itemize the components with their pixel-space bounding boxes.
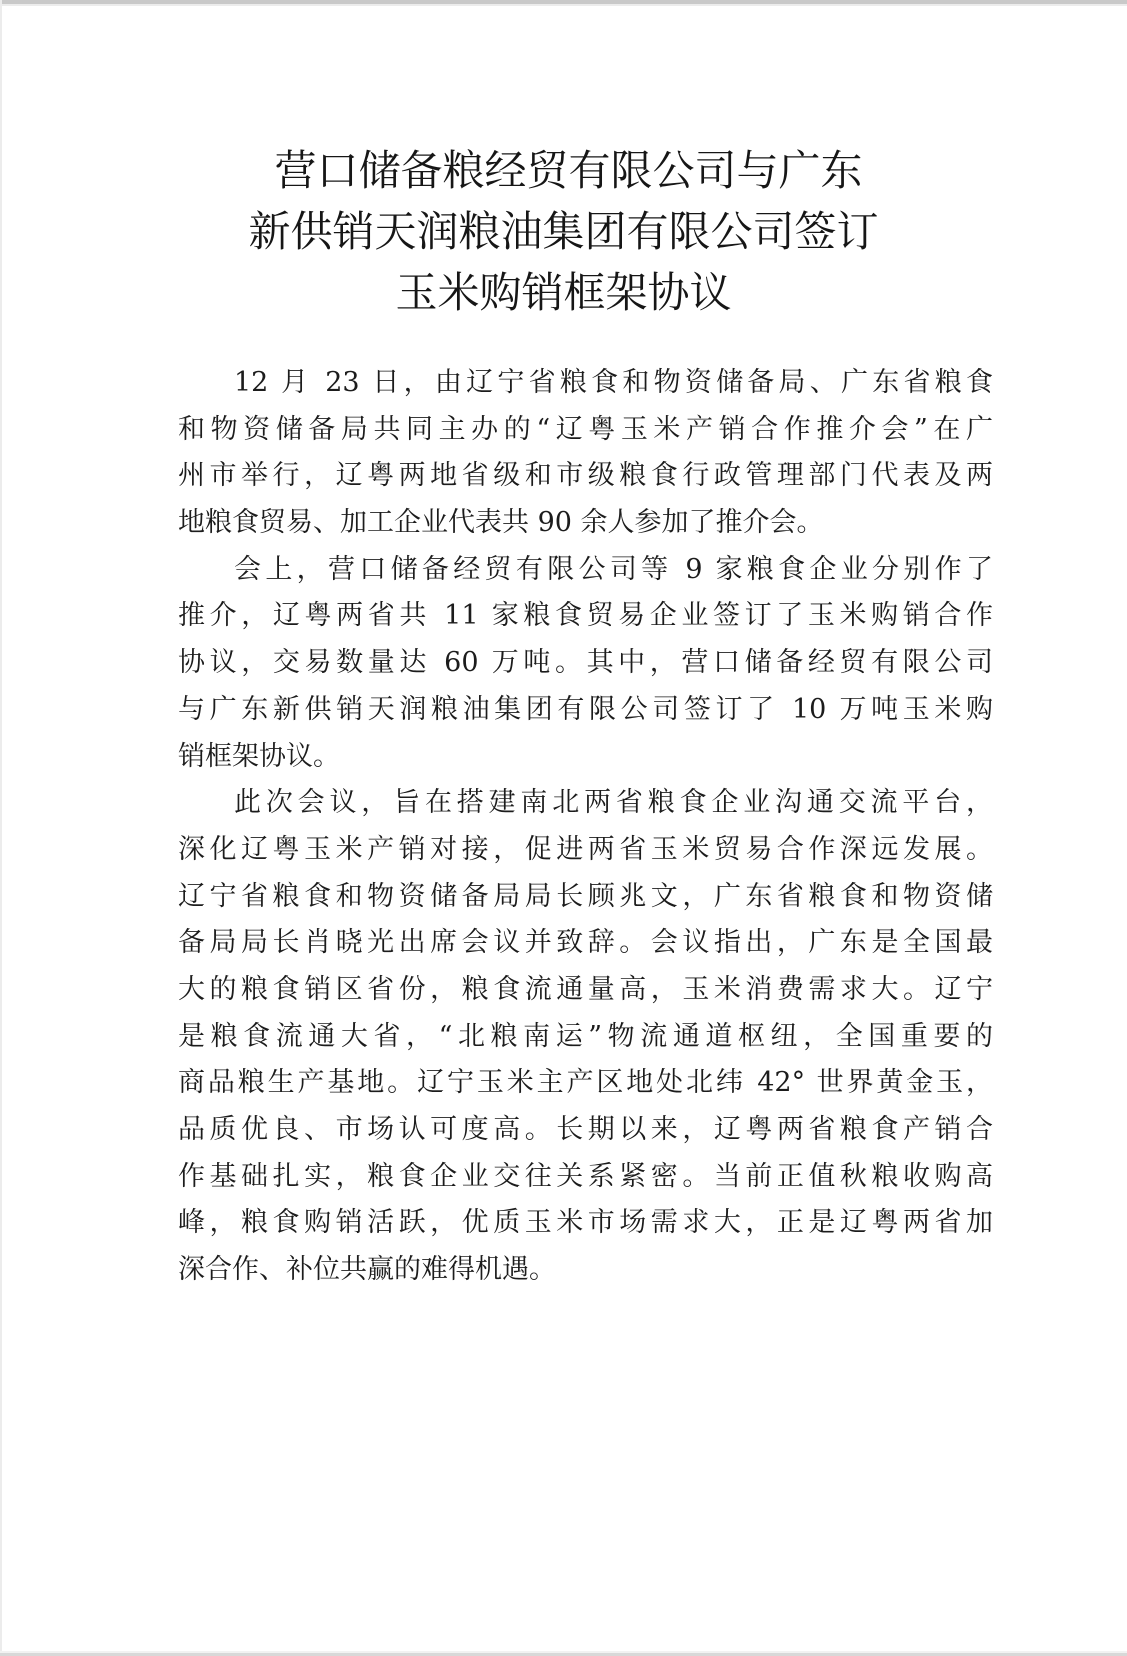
paragraph-3-line-5: 大的粮食销区省份，粮食流通量高，玉米消费需求大。辽宁 xyxy=(178,967,993,1014)
title-line-2: 新供销天润粮油集团有限公司签订 xyxy=(0,201,1127,262)
paragraph-3-line-6: 是粮食流通大省，“北粮南运”物流通道枢纽，全国重要的 xyxy=(178,1014,993,1061)
title-line-1: 营口储备粮经贸有限公司与广东 xyxy=(0,140,1127,201)
paragraph-2-line-3: 协议，交易数量达 60 万吨。其中，营口储备经贸有限公司 xyxy=(178,640,993,687)
paragraph-3-line-2: 深化辽粤玉米产销对接，促进两省玉米贸易合作深远发展。 xyxy=(178,827,993,874)
paragraph-3-line-4: 备局局长肖晓光出席会议并致辞。会议指出，广东是全国最 xyxy=(178,920,993,967)
paragraph-3-line-1: 此次会议，旨在搭建南北两省粮食企业沟通交流平台， xyxy=(178,780,993,827)
title-line-3: 玉米购销框架协议 xyxy=(0,262,1127,323)
paragraph-2-line-4: 与广东新供销天润粮油集团有限公司签订了 10 万吨玉米购 xyxy=(178,687,993,734)
paragraph-3-line-9: 作基础扎实，粮食企业交往关系紧密。当前正值秋粮收购高 xyxy=(178,1154,993,1201)
paragraph-3-line-11: 深合作、补位共赢的难得机遇。 xyxy=(178,1247,993,1294)
paragraph-3-line-3: 辽宁省粮食和物资储备局局长顾兆文，广东省粮食和物资储 xyxy=(178,874,993,921)
paragraph-1-line-3: 州市举行，辽粤两地省级和市级粮食行政管理部门代表及两 xyxy=(178,453,993,500)
paragraph-2-line-2: 推介，辽粤两省共 11 家粮食贸易企业签订了玉米购销合作 xyxy=(178,593,993,640)
paragraph-1-line-4: 地粮食贸易、加工企业代表共 90 余人参加了推介会。 xyxy=(178,500,993,547)
paragraph-1-line-2: 和物资储备局共同主办的“辽粤玉米产销合作推介会”在广 xyxy=(178,407,993,454)
paragraph-3-line-7: 商品粮生产基地。辽宁玉米主产区地处北纬 42° 世界黄金玉， xyxy=(178,1060,993,1107)
document-page: 营口储备粮经贸有限公司与广东 新供销天润粮油集团有限公司签订 玉米购销框架协议 … xyxy=(0,0,1127,1656)
paragraph-2-line-1: 会上，营口储备经贸有限公司等 9 家粮食企业分别作了 xyxy=(178,547,993,594)
paragraph-1-line-1: 12 月 23 日，由辽宁省粮食和物资储备局、广东省粮食 xyxy=(178,360,993,407)
paragraph-3-line-8: 品质优良、市场认可度高。长期以来，辽粤两省粮食产销合 xyxy=(178,1107,993,1154)
document-title: 营口储备粮经贸有限公司与广东 新供销天润粮油集团有限公司签订 玉米购销框架协议 xyxy=(0,140,1127,323)
paragraph-2-line-5: 销框架协议。 xyxy=(178,734,993,781)
document-body: 12 月 23 日，由辽宁省粮食和物资储备局、广东省粮食 和物资储备局共同主办的… xyxy=(178,360,993,1294)
paragraph-3-line-10: 峰，粮食购销活跃，优质玉米市场需求大，正是辽粤两省加 xyxy=(178,1200,993,1247)
